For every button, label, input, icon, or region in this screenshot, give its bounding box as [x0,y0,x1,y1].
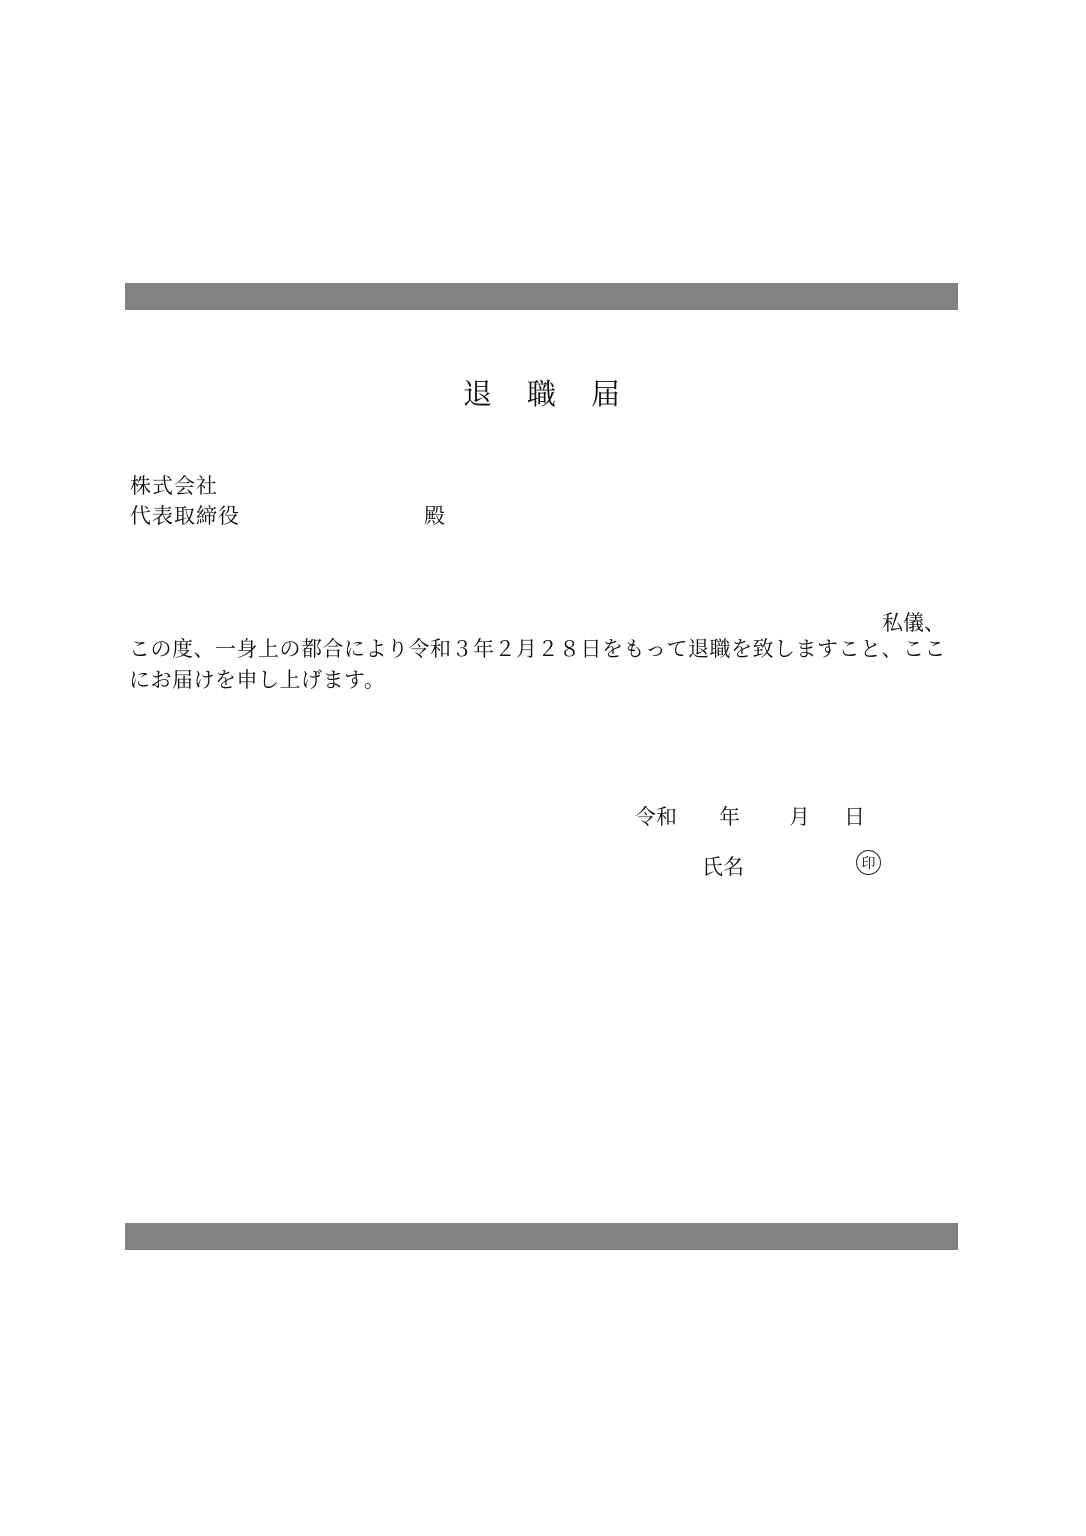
document-title: 退 職 届 [0,372,1086,413]
date-day-label: 日 [844,801,865,831]
body-line-1: この度、一身上の都合により令和３年２月２８日をもって退職を致しますこと、ここ [129,634,954,665]
top-divider-bar [125,283,958,310]
date-era-label: 令和 [635,801,677,831]
opening-phrase: 私儀、 [882,607,945,637]
date-month-label: 月 [789,801,810,831]
addressee-company-label: 株式会社 [130,470,218,500]
signature-name-label: 氏名 [702,851,744,881]
seal-icon: 印 [856,850,881,875]
bottom-divider-bar [125,1223,958,1250]
resignation-document-page: 退 職 届 株式会社 代表取締役 殿 私儀、 この度、一身上の都合により令和３年… [0,0,1086,1536]
body-paragraph: この度、一身上の都合により令和３年２月２８日をもって退職を致しますこと、ここ に… [129,634,954,696]
body-line-2: にお届けを申し上げます。 [129,665,954,696]
addressee-honorific-label: 殿 [424,500,445,530]
date-year-label: 年 [719,801,740,831]
addressee-role-label: 代表取締役 [130,500,240,530]
